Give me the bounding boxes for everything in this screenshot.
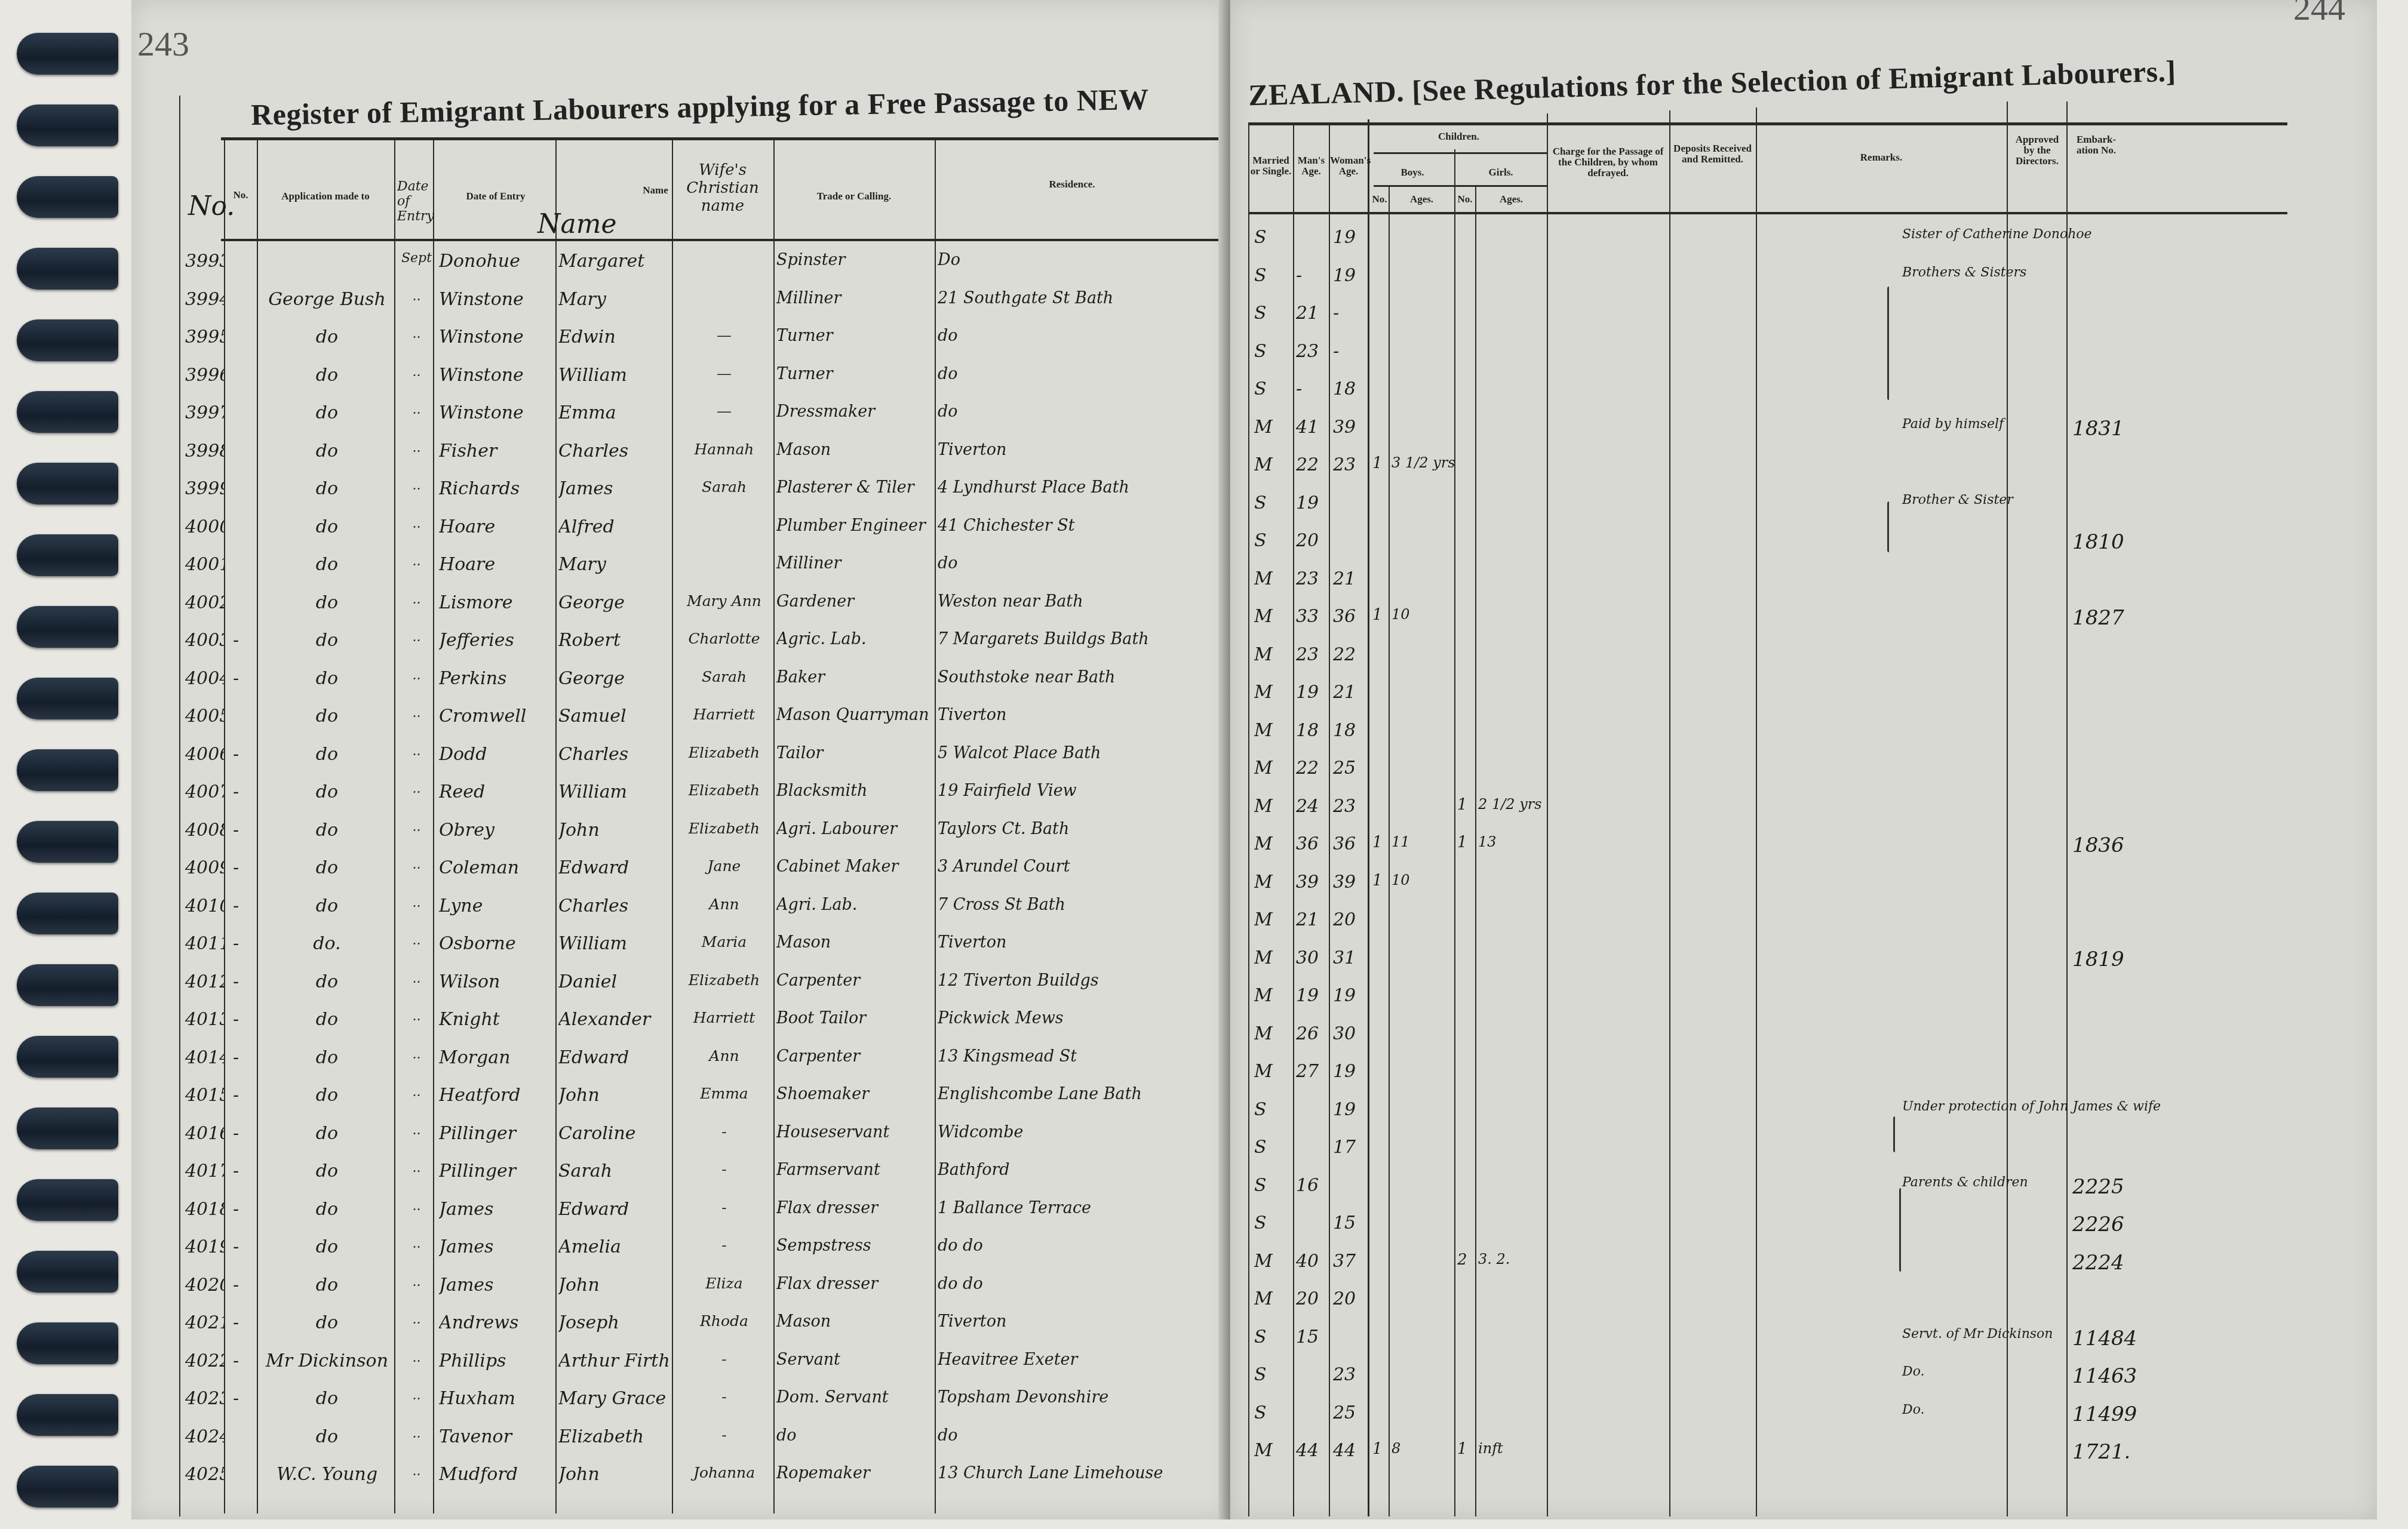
header-girls-no: No.	[1456, 194, 1474, 205]
register-row-left: 3993 Sept Donohue Margaret Spinster Do	[131, 251, 1230, 288]
trade-or-calling: Plumber Engineer	[776, 516, 935, 535]
wifes-christian-name: Elizabeth	[675, 971, 773, 989]
register-row-right: S 17	[1230, 1137, 2377, 1174]
womans-age: 17	[1333, 1137, 1368, 1158]
date-of-entry: ..	[400, 1350, 433, 1365]
application-made-to: do	[260, 1312, 394, 1333]
wifes-christian-name: —	[675, 327, 773, 344]
first-name: Robert	[558, 630, 672, 651]
register-row-right: S 23 Do. 11463.	[1230, 1364, 2377, 1401]
womans-age: 18	[1333, 379, 1368, 399]
header-name-handwritten: Name	[537, 209, 617, 239]
register-row-right: M 23 22	[1230, 644, 2377, 681]
remarks: Do.	[1902, 1402, 2007, 1417]
mans-age: 19	[1296, 493, 1329, 513]
entry-number: 3996	[185, 365, 224, 386]
application-made-to: do	[260, 554, 394, 575]
application-made-to: do	[260, 516, 394, 537]
entry-dash: -	[233, 1047, 254, 1068]
register-row-left: 4015 - do .. Heatford John Emma Shoemake…	[131, 1085, 1230, 1122]
entry-number: 4004	[185, 668, 224, 689]
entry-dash: -	[233, 1161, 254, 1182]
date-of-entry: ..	[400, 706, 433, 721]
register-row-right: S 15 Servt. of Mr Dickinson 11484.	[1230, 1327, 2377, 1364]
surname: James	[439, 1236, 555, 1257]
register-row-right: M 27 19	[1230, 1061, 2377, 1098]
embarkation-number: 11499.	[2072, 1402, 2138, 1426]
header-womans-age: Woman's Age.	[1330, 155, 1367, 177]
trade-or-calling: Flax dresser	[776, 1199, 935, 1217]
entry-number: 4009	[185, 857, 224, 878]
wifes-christian-name: Mary Ann	[675, 592, 773, 610]
residence: Bathford	[938, 1161, 1224, 1179]
header-no: No.	[226, 190, 256, 201]
entry-number: 4012	[185, 971, 224, 992]
wifes-christian-name: Harriett	[675, 706, 773, 723]
header-boys: Boys.	[1371, 167, 1454, 178]
surname: Phillips	[439, 1350, 555, 1371]
mans-age: -	[1296, 265, 1329, 286]
mans-age: 40	[1296, 1251, 1329, 1272]
entry-dash: -	[233, 1312, 254, 1333]
date-of-entry: Sept	[400, 251, 433, 266]
trade-or-calling: Mason	[776, 441, 935, 459]
entry-dash: -	[233, 857, 254, 878]
date-of-entry: ..	[400, 441, 433, 456]
header-boys-no: No.	[1371, 194, 1389, 205]
entry-number: 4001	[185, 554, 224, 575]
surname: Lyne	[439, 896, 555, 916]
residence: Pickwick Mews	[938, 1009, 1224, 1027]
embarkation-number: 2224	[2072, 1251, 2138, 1275]
date-of-entry: ..	[400, 1009, 433, 1024]
embarkation-number: 1831	[2072, 417, 2138, 441]
boys-ages: 8	[1392, 1440, 1454, 1457]
mans-age: 23	[1296, 568, 1329, 589]
wifes-christian-name: -	[675, 1199, 773, 1216]
register-row-right: M 33 36 1 10 1827	[1230, 606, 2377, 643]
mans-age: 18	[1296, 720, 1329, 741]
womans-age: 23	[1333, 1364, 1368, 1385]
page-title-right: ZEALAND. [See Regulations for the Select…	[1248, 54, 2177, 113]
register-row-right: S 20 1810	[1230, 530, 2377, 567]
entry-number: 3993	[185, 251, 224, 272]
residence: 5 Walcot Place Bath	[938, 744, 1224, 762]
register-row-left: 4017 - do .. Pillinger Sarah - Farmserva…	[131, 1161, 1230, 1198]
womans-age: 30	[1333, 1023, 1368, 1044]
register-row-left: 3996 do .. Winstone William — Turner do	[131, 365, 1230, 402]
entry-dash: -	[233, 1085, 254, 1106]
register-row-left: 4020 - do .. James John Eliza Flax dress…	[131, 1275, 1230, 1312]
first-name: William	[558, 933, 672, 954]
surname: Huxham	[439, 1388, 555, 1409]
trade-or-calling: Spinster	[776, 251, 935, 269]
wifes-christian-name: Emma	[675, 1085, 773, 1102]
application-made-to: do	[260, 1047, 394, 1068]
date-of-entry: ..	[400, 820, 433, 835]
entry-number: 4021	[185, 1312, 224, 1333]
date-of-entry: ..	[400, 1312, 433, 1327]
mans-age: 22	[1296, 454, 1329, 475]
first-name: Alexander	[558, 1009, 672, 1030]
residence: 3 Arundel Court	[938, 857, 1224, 876]
residence: 12 Tiverton Buildgs	[938, 971, 1224, 990]
register-row-left: 4014 - do .. Morgan Edward Ann Carpenter…	[131, 1047, 1230, 1084]
entry-number: 4015	[185, 1085, 224, 1106]
surname: James	[439, 1275, 555, 1296]
womans-age: 25	[1333, 1402, 1368, 1423]
mans-age: 19	[1296, 985, 1329, 1006]
wifes-christian-name: Charlotte	[675, 630, 773, 647]
married-or-single: M	[1254, 985, 1290, 1006]
trade-or-calling: Gardener	[776, 592, 935, 611]
entry-number: 4024	[185, 1426, 224, 1447]
entry-number: 4006	[185, 744, 224, 765]
register-row-left: 4002 do .. Lismore George Mary Ann Garde…	[131, 592, 1230, 629]
application-made-to: do	[260, 1161, 394, 1182]
header-trade-or-calling: Trade or Calling.	[776, 191, 932, 202]
entry-number: 4005	[185, 706, 224, 727]
entry-dash: -	[233, 1350, 254, 1371]
surname: Obrey	[439, 820, 555, 841]
trade-or-calling: Mason	[776, 933, 935, 952]
residence: 19 Fairfield View	[938, 782, 1224, 800]
header-remarks: Remarks.	[1759, 152, 2004, 163]
mans-age: 26	[1296, 1023, 1329, 1044]
register-row-left: 4008 - do .. Obrey John Elizabeth Agri. …	[131, 820, 1230, 857]
wifes-christian-name: Sarah	[675, 478, 773, 496]
wifes-christian-name: -	[675, 1123, 773, 1140]
first-name: Mary	[558, 554, 672, 575]
application-made-to: George Bush	[260, 289, 394, 310]
married-or-single: M	[1254, 872, 1290, 893]
embarkation-number: 11463.	[2072, 1364, 2138, 1388]
remarks: Sister of Catherine Donohoe	[1902, 227, 2007, 242]
remarks: Servt. of Mr Dickinson	[1902, 1327, 2007, 1342]
first-name: Edward	[558, 857, 672, 878]
surname: Heatford	[439, 1085, 555, 1106]
register-row-left: 3997 do .. Winstone Emma — Dressmaker do	[131, 402, 1230, 439]
residence: 41 Chichester St	[938, 516, 1224, 535]
residence: do do	[938, 1236, 1224, 1255]
entry-dash: -	[233, 896, 254, 916]
register-row-left: 4024 do .. Tavenor Elizabeth - do do	[131, 1426, 1230, 1463]
entry-number: 4010	[185, 896, 224, 916]
date-of-entry: ..	[400, 933, 433, 948]
first-name: James	[558, 478, 672, 499]
date-of-entry: ..	[400, 1236, 433, 1251]
application-made-to: do	[260, 1236, 394, 1257]
first-name: John	[558, 1464, 672, 1485]
application-made-to: do	[260, 592, 394, 613]
header-residence: Residence.	[938, 179, 1206, 190]
residence: do	[938, 327, 1224, 345]
header-girls-ages: Ages.	[1477, 194, 1546, 205]
register-row-left: 4018 - do .. James Edward - Flax dresser…	[131, 1199, 1230, 1236]
first-name: John	[558, 820, 672, 841]
entry-number: 4013	[185, 1009, 224, 1030]
surname: Winstone	[439, 327, 555, 347]
womans-age: 39	[1333, 872, 1368, 893]
register-row-right: M 18 18	[1230, 720, 2377, 757]
first-name: Alfred	[558, 516, 672, 537]
embarkation-number: 1827	[2072, 606, 2138, 630]
application-made-to: do	[260, 1275, 394, 1296]
register-row-right: M 23 21	[1230, 568, 2377, 605]
womans-age: 22	[1333, 644, 1368, 665]
header-girls: Girls.	[1456, 167, 1546, 178]
register-row-left: 4011 - do. .. Osborne William Maria Maso…	[131, 933, 1230, 970]
date-of-entry: ..	[400, 782, 433, 796]
register-row-right: S 23 -	[1230, 341, 2377, 378]
entry-dash: -	[233, 668, 254, 689]
wifes-christian-name: -	[675, 1388, 773, 1405]
mans-age: 20	[1296, 530, 1329, 551]
entry-dash: -	[233, 933, 254, 954]
married-or-single: S	[1254, 493, 1290, 513]
trade-or-calling: Milliner	[776, 554, 935, 573]
register-row-left: 4005 do .. Cromwell Samuel Harriett Maso…	[131, 706, 1230, 743]
married-or-single: S	[1254, 1175, 1290, 1196]
first-name: Amelia	[558, 1236, 672, 1257]
entry-number: 4007	[185, 782, 224, 802]
boys-ages: 3 1/2 yrs	[1392, 454, 1454, 471]
register-row-left: 4007 - do .. Reed William Elizabeth Blac…	[131, 782, 1230, 819]
application-made-to: do	[260, 1426, 394, 1447]
application-made-to: do	[260, 782, 394, 802]
application-made-to: do	[260, 820, 394, 841]
womans-age: 19	[1333, 985, 1368, 1006]
register-row-left: 3994 George Bush .. Winstone Mary Millin…	[131, 289, 1230, 326]
register-row-right: M 36 36 1 11 1 13 1836	[1230, 833, 2377, 870]
application-made-to: do	[260, 1085, 394, 1106]
entry-dash: -	[233, 820, 254, 841]
residence: Englishcombe Lane Bath	[938, 1085, 1224, 1103]
remarks: Parents & children	[1902, 1175, 2007, 1190]
first-name: Edwin	[558, 327, 672, 347]
trade-or-calling: Boot Tailor	[776, 1009, 935, 1027]
surname: Reed	[439, 782, 555, 802]
header-embarkation-no: Embark-ation No.	[2069, 134, 2123, 156]
application-made-to: do	[260, 896, 394, 916]
mans-age: 39	[1296, 872, 1329, 893]
trade-or-calling: Farmservant	[776, 1161, 935, 1179]
register-row-left: 3998 do .. Fisher Charles Hannah Mason T…	[131, 441, 1230, 478]
married-or-single: M	[1254, 1288, 1290, 1309]
first-name: William	[558, 365, 672, 386]
entry-dash: -	[233, 1199, 254, 1220]
first-name: Arthur Firth	[558, 1350, 672, 1371]
header-charge-for-passage: Charge for the Passage of the Children, …	[1550, 146, 1666, 179]
first-name: Daniel	[558, 971, 672, 992]
application-made-to: do	[260, 1123, 394, 1144]
married-or-single: S	[1254, 265, 1290, 286]
girls-no: 1	[1457, 796, 1475, 814]
date-of-entry: ..	[400, 365, 433, 380]
register-row-right: M 39 39 1 10	[1230, 872, 2377, 909]
boys-ages: 11	[1392, 833, 1454, 850]
register-row-left: 4013 - do .. Knight Alexander Harriett B…	[131, 1009, 1230, 1046]
mans-age: 24	[1296, 796, 1329, 817]
entry-dash: -	[233, 971, 254, 992]
mans-age: 44	[1296, 1440, 1329, 1461]
wifes-christian-name: Elizabeth	[675, 782, 773, 799]
trade-or-calling: do	[776, 1426, 935, 1445]
married-or-single: M	[1254, 606, 1290, 627]
girls-ages: 3. 2.	[1478, 1251, 1547, 1267]
surname: Jefferies	[439, 630, 555, 651]
mans-age: 21	[1296, 303, 1329, 324]
wifes-christian-name: -	[675, 1350, 773, 1368]
register-row-right: S - 19 Brothers & Sisters	[1230, 265, 2377, 302]
register-row-left: 4006 - do .. Dodd Charles Elizabeth Tail…	[131, 744, 1230, 781]
mans-age: 20	[1296, 1288, 1329, 1309]
entry-number: 4011	[185, 933, 224, 954]
first-name: Caroline	[558, 1123, 672, 1144]
mans-age: 33	[1296, 606, 1329, 627]
residence: Heavitree Exeter	[938, 1350, 1224, 1369]
married-or-single: M	[1254, 947, 1290, 968]
surname: Mudford	[439, 1464, 555, 1485]
entry-dash: -	[233, 630, 254, 651]
register-row-left: 4019 - do .. James Amelia - Sempstress d…	[131, 1236, 1230, 1273]
trade-or-calling: Tailor	[776, 744, 935, 762]
womans-age: 36	[1333, 833, 1368, 854]
girls-no: 1	[1457, 833, 1475, 851]
trade-or-calling: Mason	[776, 1312, 935, 1331]
womans-age: 21	[1333, 682, 1368, 703]
entry-number: 4017	[185, 1161, 224, 1182]
date-of-entry: ..	[400, 592, 433, 607]
entry-dash: -	[233, 1275, 254, 1296]
residence: Southstoke near Bath	[938, 668, 1224, 687]
womans-age: 23	[1333, 796, 1368, 817]
married-or-single: S	[1254, 530, 1290, 551]
mans-age: 30	[1296, 947, 1329, 968]
remarks: Brothers & Sisters	[1902, 265, 2007, 280]
entry-number: 3998	[185, 441, 224, 462]
register-row-left: 4001 do .. Hoare Mary Milliner do	[131, 554, 1230, 591]
entry-number: 4016	[185, 1123, 224, 1144]
date-of-entry: ..	[400, 630, 433, 645]
residence: 21 Southgate St Bath	[938, 289, 1224, 307]
married-or-single: S	[1254, 1099, 1290, 1120]
wifes-christian-name: -	[675, 1426, 773, 1444]
womans-age: 20	[1333, 909, 1368, 930]
first-name: Margaret	[558, 251, 672, 272]
embarkation-number: 11484.	[2072, 1327, 2138, 1350]
girls-ages: 2 1/2 yrs	[1478, 796, 1547, 813]
residence: 7 Margarets Buildgs Bath	[938, 630, 1224, 648]
trade-or-calling: Blacksmith	[776, 782, 935, 800]
married-or-single: S	[1254, 1327, 1290, 1348]
entry-dash: -	[233, 1236, 254, 1257]
married-or-single: S	[1254, 303, 1290, 324]
register-row-right: M 24 23 1 2 1/2 yrs	[1230, 796, 2377, 833]
register-row-right: M 44 44 1 8 1 inft 1721.	[1230, 1440, 2377, 1477]
entry-number: 4008	[185, 820, 224, 841]
residence: do	[938, 402, 1224, 421]
first-name: George	[558, 668, 672, 689]
trade-or-calling: Dom. Servant	[776, 1388, 935, 1407]
entry-number: 3994	[185, 289, 224, 310]
womans-age: 36	[1333, 606, 1368, 627]
application-made-to: do	[260, 857, 394, 878]
wifes-christian-name: —	[675, 365, 773, 382]
womans-age: 44	[1333, 1440, 1368, 1461]
womans-age: 19	[1333, 265, 1368, 286]
wifes-christian-name: Elizabeth	[675, 820, 773, 837]
date-of-entry: ..	[400, 402, 433, 417]
register-row-right: M 40 37 2 3. 2. 2224	[1230, 1251, 2377, 1288]
first-name: Sarah	[558, 1161, 672, 1182]
womans-age: -	[1333, 341, 1368, 362]
date-of-entry: ..	[400, 1275, 433, 1290]
trade-or-calling: Ropemaker	[776, 1464, 935, 1482]
residence: Do	[938, 251, 1224, 269]
embarkation-number: 2225	[2072, 1175, 2138, 1199]
married-or-single: S	[1254, 1402, 1290, 1423]
date-of-entry: ..	[400, 857, 433, 872]
entry-number: 4018	[185, 1199, 224, 1220]
trade-or-calling: Sempstress	[776, 1236, 935, 1255]
residence: Widcombe	[938, 1123, 1224, 1142]
wifes-christian-name: —	[675, 402, 773, 420]
entry-number: 4025	[185, 1464, 224, 1485]
surname: Tavenor	[439, 1426, 555, 1447]
entry-number: 3995	[185, 327, 224, 347]
embarkation-number: 1819	[2072, 947, 2138, 971]
entry-number: 4020	[185, 1275, 224, 1296]
application-made-to: Mr Dickinson	[260, 1350, 394, 1371]
trade-or-calling: Flax dresser	[776, 1275, 935, 1293]
wifes-christian-name: Ann	[675, 896, 773, 913]
register-row-left: 4022 - Mr Dickinson .. Phillips Arthur F…	[131, 1350, 1230, 1388]
mans-age: 21	[1296, 909, 1329, 930]
mans-age: 23	[1296, 644, 1329, 665]
married-or-single: M	[1254, 833, 1290, 854]
residence: Weston near Bath	[938, 592, 1224, 611]
wifes-christian-name: Hannah	[675, 441, 773, 458]
surname: Osborne	[439, 933, 555, 954]
surname: Winstone	[439, 365, 555, 386]
register-row-right: S - 18	[1230, 379, 2377, 416]
residence: 13 Church Lane Limehouse	[938, 1464, 1224, 1482]
trade-or-calling: Turner	[776, 327, 935, 345]
surname: James	[439, 1199, 555, 1220]
register-row-right: M 22 25	[1230, 758, 2377, 795]
first-name: William	[558, 782, 672, 802]
trade-or-calling: Milliner	[776, 289, 935, 307]
register-row-right: M 41 39 Paid by himself 1831	[1230, 417, 2377, 454]
trade-or-calling: Agri. Labourer	[776, 820, 935, 838]
first-name: Elizabeth	[558, 1426, 672, 1447]
boys-no: 1	[1372, 454, 1389, 472]
application-made-to: do	[260, 668, 394, 689]
header-deposits: Deposits Received and Remitted.	[1672, 143, 1753, 165]
wifes-christian-name: Sarah	[675, 668, 773, 685]
surname: Lismore	[439, 592, 555, 613]
mans-age: 41	[1296, 417, 1329, 438]
surname: Pillinger	[439, 1123, 555, 1144]
entry-number: 4019	[185, 1236, 224, 1257]
register-row-left: 4023 - do .. Huxham Mary Grace - Dom. Se…	[131, 1388, 1230, 1425]
register-row-right: S 19 Brother & Sister	[1230, 493, 2377, 530]
surname: Richards	[439, 478, 555, 499]
first-name: John	[558, 1275, 672, 1296]
register-row-left: 4025 W.C. Young .. Mudford John Johanna …	[131, 1464, 1230, 1501]
date-of-entry: ..	[400, 971, 433, 986]
